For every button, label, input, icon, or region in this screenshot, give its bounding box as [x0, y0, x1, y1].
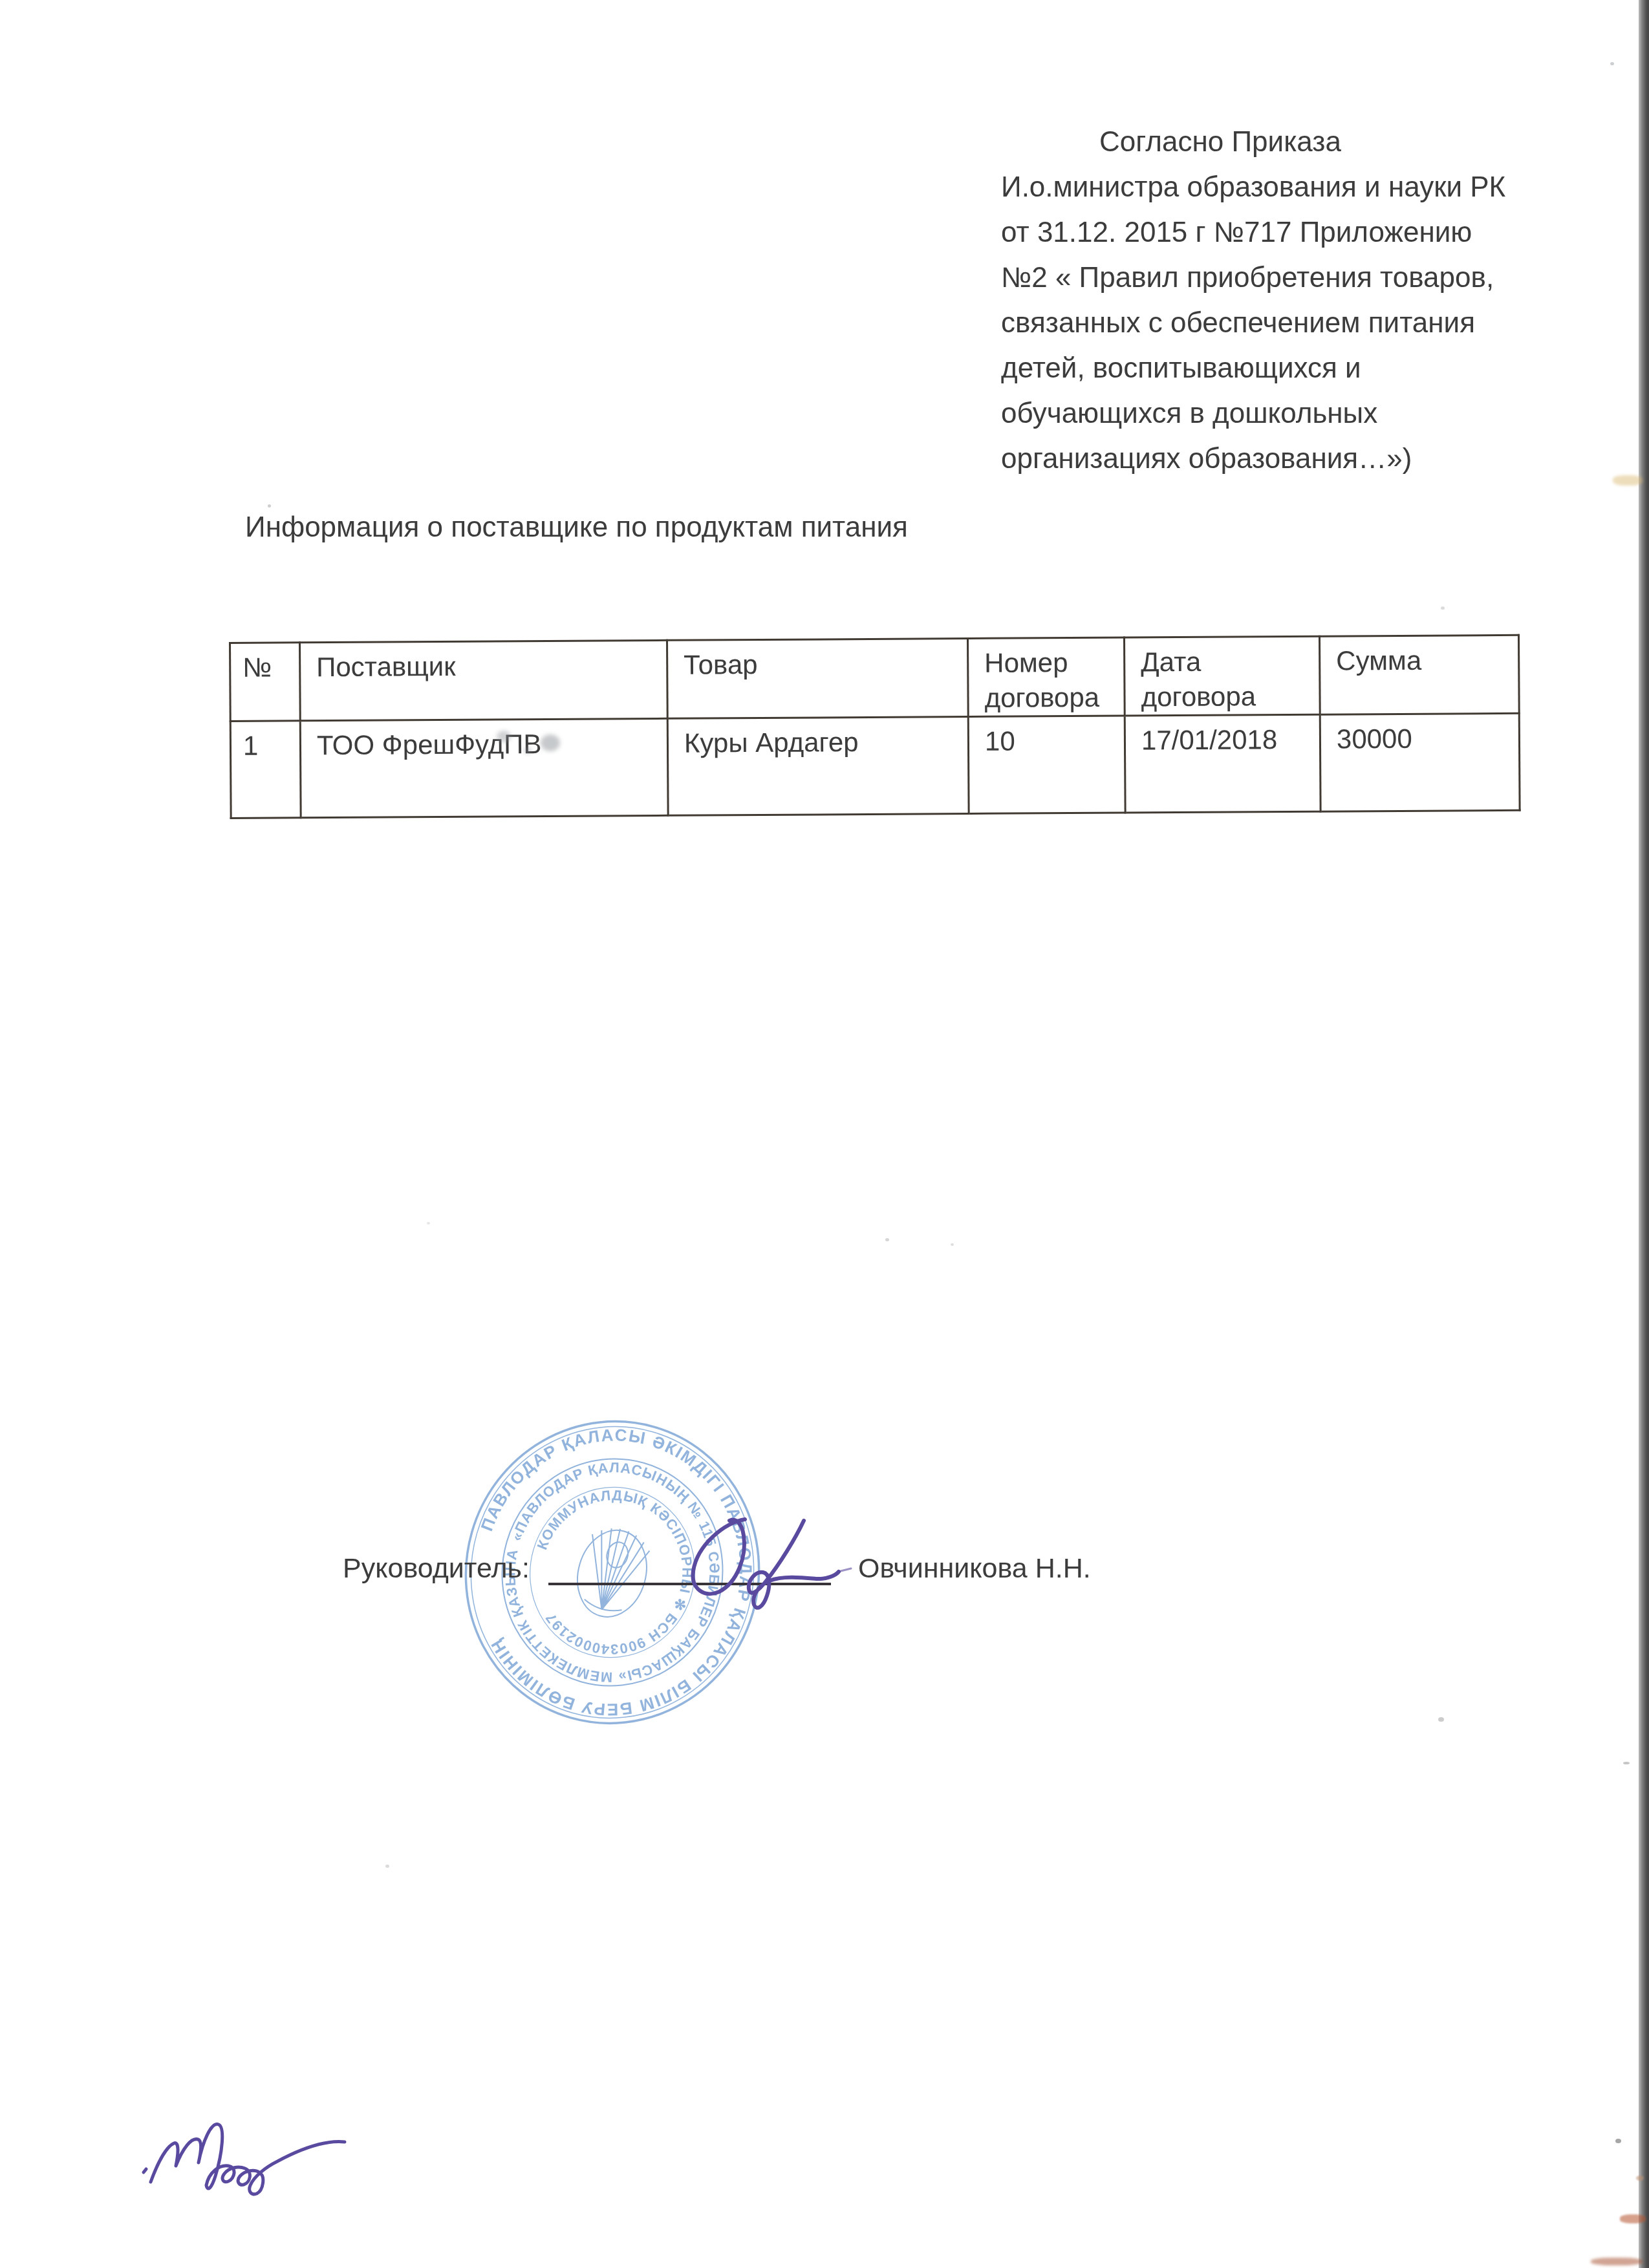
cell-product: Куры Ардагер	[667, 717, 969, 816]
header-note: Согласно Приказа И.о.министра образовани…	[1001, 120, 1544, 482]
scan-speck	[885, 1238, 889, 1241]
header-note-line: связанных с обеспечением питания	[1001, 301, 1544, 346]
bottom-signature	[133, 2114, 359, 2205]
cell-contract-number: 10	[968, 716, 1125, 813]
scan-smudge	[524, 747, 532, 754]
scan-speck	[1636, 2176, 1644, 2181]
page-title: Информация о поставщике по продуктам пит…	[245, 511, 908, 544]
suppliers-table: № Поставщик Товар Номер договора Дата до…	[229, 634, 1521, 819]
table-header-row: № Поставщик Товар Номер договора Дата до…	[230, 635, 1520, 721]
scan-smudge	[497, 731, 511, 742]
col-header-product: Товар	[667, 639, 968, 719]
scan-speck	[1591, 2258, 1643, 2265]
col-header-contract-number: Номер договора	[967, 637, 1125, 716]
header-note-line: детей, воспитывающихся и	[1001, 346, 1544, 391]
signature-role-label: Руководитель:	[343, 1553, 530, 1585]
table-row: 1 ТОО ФрешФудПВ Куры Ардагер 10 17/01/20…	[230, 713, 1520, 818]
header-note-line: И.о.министра образования и науки РК	[1001, 165, 1544, 210]
header-note-line: Согласно Приказа	[1001, 120, 1544, 165]
scan-speck	[1610, 62, 1614, 65]
scan-speck	[1615, 2139, 1621, 2143]
scan-speck	[1441, 606, 1445, 610]
scan-speck	[951, 1243, 954, 1246]
scanner-edge-shadow	[1639, 0, 1649, 2268]
header-note-line: обучающихся в дошкольных	[1001, 391, 1544, 436]
scan-speck	[1438, 1717, 1444, 1722]
cell-contract-date: 17/01/2018	[1125, 714, 1320, 813]
col-header-supplier: Поставщик	[300, 640, 668, 720]
cell-amount: 30000	[1320, 713, 1520, 811]
scan-speck	[1623, 1762, 1630, 1764]
scan-speck	[268, 504, 271, 508]
scan-smudge	[541, 734, 560, 751]
col-header-contract-date: Дата договора	[1124, 636, 1320, 716]
col-header-num: №	[230, 643, 301, 722]
scan-speck	[385, 1865, 389, 1868]
handwritten-signature	[673, 1500, 879, 1629]
scan-speck	[1613, 475, 1643, 486]
scanned-document-page: Согласно Приказа И.о.министра образовани…	[0, 0, 1649, 2268]
col-header-amount: Сумма	[1319, 635, 1519, 714]
stamp-emblem	[568, 1521, 657, 1625]
cell-num: 1	[230, 721, 301, 818]
header-note-line: от 31.12. 2015 г №717 Приложению	[1001, 210, 1544, 255]
header-note-line: организациях образования…»)	[1001, 436, 1544, 482]
scan-speck	[1620, 2214, 1646, 2223]
cell-supplier: ТОО ФрешФудПВ	[300, 718, 668, 817]
scan-speck	[427, 1222, 430, 1225]
signature-name: Овчинникова Н.Н.	[858, 1553, 1091, 1585]
header-note-line: №2 « Правил приобретения товаров,	[1001, 255, 1544, 301]
